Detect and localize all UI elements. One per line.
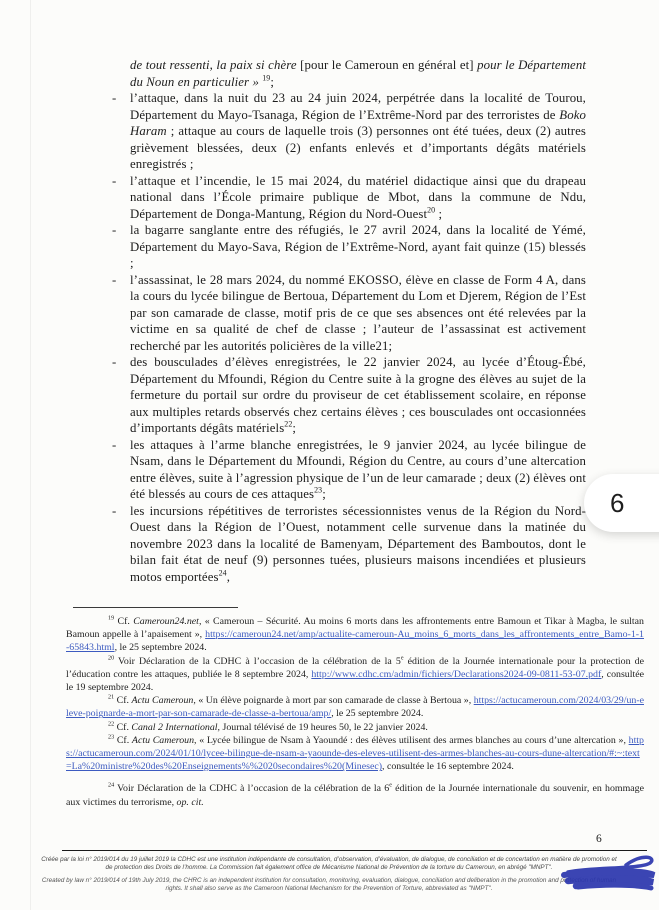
bullet-item: -les incursions répétitives de terrorist… [130, 503, 586, 586]
page-scroll-bubble: 6 [584, 474, 659, 532]
bullet-item: -les attaques à l’arme blanche enregistr… [130, 437, 586, 503]
text-run: ; [322, 487, 326, 501]
text-run: Cf. [114, 616, 133, 627]
bullet-dash: - [112, 272, 116, 289]
bullet-paragraph: l’attaque et l’incendie, le 15 mai 2024,… [130, 173, 586, 223]
ink-scribble [554, 851, 659, 897]
bullet-item: -l’attaque, dans la nuit du 23 au 24 jui… [130, 90, 586, 173]
bullet-dash: - [112, 437, 116, 454]
scan-edge-line [30, 0, 31, 910]
text-run: ; [270, 75, 274, 89]
bullet-dash: - [112, 173, 116, 190]
bullet-item: -des bousculades d’élèves enregistrées, … [130, 354, 586, 437]
body-content: de tout ressenti, la paix si chère [pour… [130, 57, 586, 585]
text-run: Actu Cameroun [132, 735, 194, 746]
text-run: Cf. [114, 735, 132, 746]
text-run: , le 25 septembre 2024. [331, 708, 423, 719]
text-run: des bousculades d’élèves enregistrées, l… [130, 355, 586, 435]
bullet-dash: - [112, 354, 116, 371]
text-run: l’assassinat, le 28 mars 2024, du nommé … [130, 273, 586, 353]
bullet-list: -l’attaque, dans la nuit du 23 au 24 jui… [130, 90, 586, 585]
document-page: de tout ressenti, la paix si chère [pour… [0, 0, 659, 910]
bullet-item: -l’attaque et l’incendie, le 15 mai 2024… [130, 173, 586, 223]
text-run: , « Lycée bilingue de Nsam à Yaoundé : d… [194, 735, 629, 746]
bullet-dash: - [112, 503, 116, 520]
footnote-separator [73, 607, 238, 608]
bullet-paragraph: l’assassinat, le 28 mars 2024, du nommé … [130, 272, 586, 355]
text-run: , [227, 570, 230, 584]
text-run: Cf. [114, 722, 131, 733]
page-bubble-number: 6 [610, 488, 624, 519]
bullet-paragraph: l’attaque, dans la nuit du 23 au 24 juin… [130, 90, 586, 173]
text-run: Voir Déclaration de la CDHC à l’occasion… [114, 783, 389, 794]
intro-paragraph: de tout ressenti, la paix si chère [pour… [130, 57, 586, 90]
text-run: Cameroun24.net [133, 616, 199, 627]
text-run: les incursions répétitives de terroriste… [130, 504, 586, 584]
text-run: [pour le Cameroun en général et] [300, 58, 477, 72]
footer-text-french: Créée par la loi n° 2019/014 du 19 juill… [38, 856, 620, 872]
footer-text-english: Created by law n° 2019/014 of 19th July … [38, 877, 620, 893]
text-run: ; [292, 421, 296, 435]
text-run: les attaques à l’arme blanche enregistré… [130, 438, 586, 502]
text-run: ; [435, 207, 442, 221]
footnote: 19 Cf. Cameroun24.net, « Cameroun – Sécu… [66, 615, 644, 655]
text-run: Voir Déclaration de la CDHC à l’occasion… [114, 656, 401, 667]
bullet-paragraph: les attaques à l’arme blanche enregistré… [130, 437, 586, 503]
text-run: , Journal télévisé de 19 heures 50, le 2… [218, 722, 428, 733]
bullet-paragraph: des bousculades d’élèves enregistrées, l… [130, 354, 586, 437]
bullet-dash: - [112, 222, 116, 239]
footnote: 23 Cf. Actu Cameroun, « Lycée bilingue d… [66, 734, 644, 774]
footnote: 22 Cf. Canal 2 International, Journal té… [66, 721, 644, 734]
bullet-dash: - [112, 90, 116, 107]
bullet-paragraph: la bagarre sanglante entre des réfugiés,… [130, 222, 586, 272]
footnotes-block: 19 Cf. Cameroun24.net, « Cameroun – Sécu… [66, 615, 644, 809]
text-run: Actu Cameroun [131, 695, 193, 706]
page-number: 6 [596, 833, 602, 845]
text-run: l’attaque et l’incendie, le 15 mai 2024,… [130, 174, 586, 221]
text-run: ; attaque au cours de laquelle trois (3)… [130, 124, 586, 171]
footnote: 20 Voir Déclaration de la CDHC à l’occas… [66, 655, 644, 695]
footnote-link[interactable]: http://www.cdhc.cm/admin/fichiers/Declar… [311, 669, 601, 680]
text-run: , consultée le 16 septembre 2024. [382, 761, 514, 772]
bullet-item: -la bagarre sanglante entre des réfugiés… [130, 222, 586, 272]
text-run: , « Un élève poignarde à mort par son ca… [193, 695, 473, 706]
footnote: 24 Voir Déclaration de la CDHC à l’occas… [66, 782, 644, 808]
text-run: , le 25 septembre 2024. [115, 642, 207, 653]
bullet-item: -l’assassinat, le 28 mars 2024, du nommé… [130, 272, 586, 355]
text-run: op. cit. [177, 797, 204, 808]
text-run: Cf. [114, 695, 131, 706]
text-run: Canal 2 International [131, 722, 217, 733]
bullet-paragraph: les incursions répétitives de terroriste… [130, 503, 586, 586]
text-run: la bagarre sanglante entre des réfugiés,… [130, 223, 586, 270]
superscript-ref: 24 [219, 568, 227, 577]
footnote: 21 Cf. Actu Cameroun, « Un élève poignar… [66, 694, 644, 720]
text-run: l’attaque, dans la nuit du 23 au 24 juin… [130, 91, 586, 122]
text-run: de tout ressenti, la paix si chère [130, 58, 300, 72]
